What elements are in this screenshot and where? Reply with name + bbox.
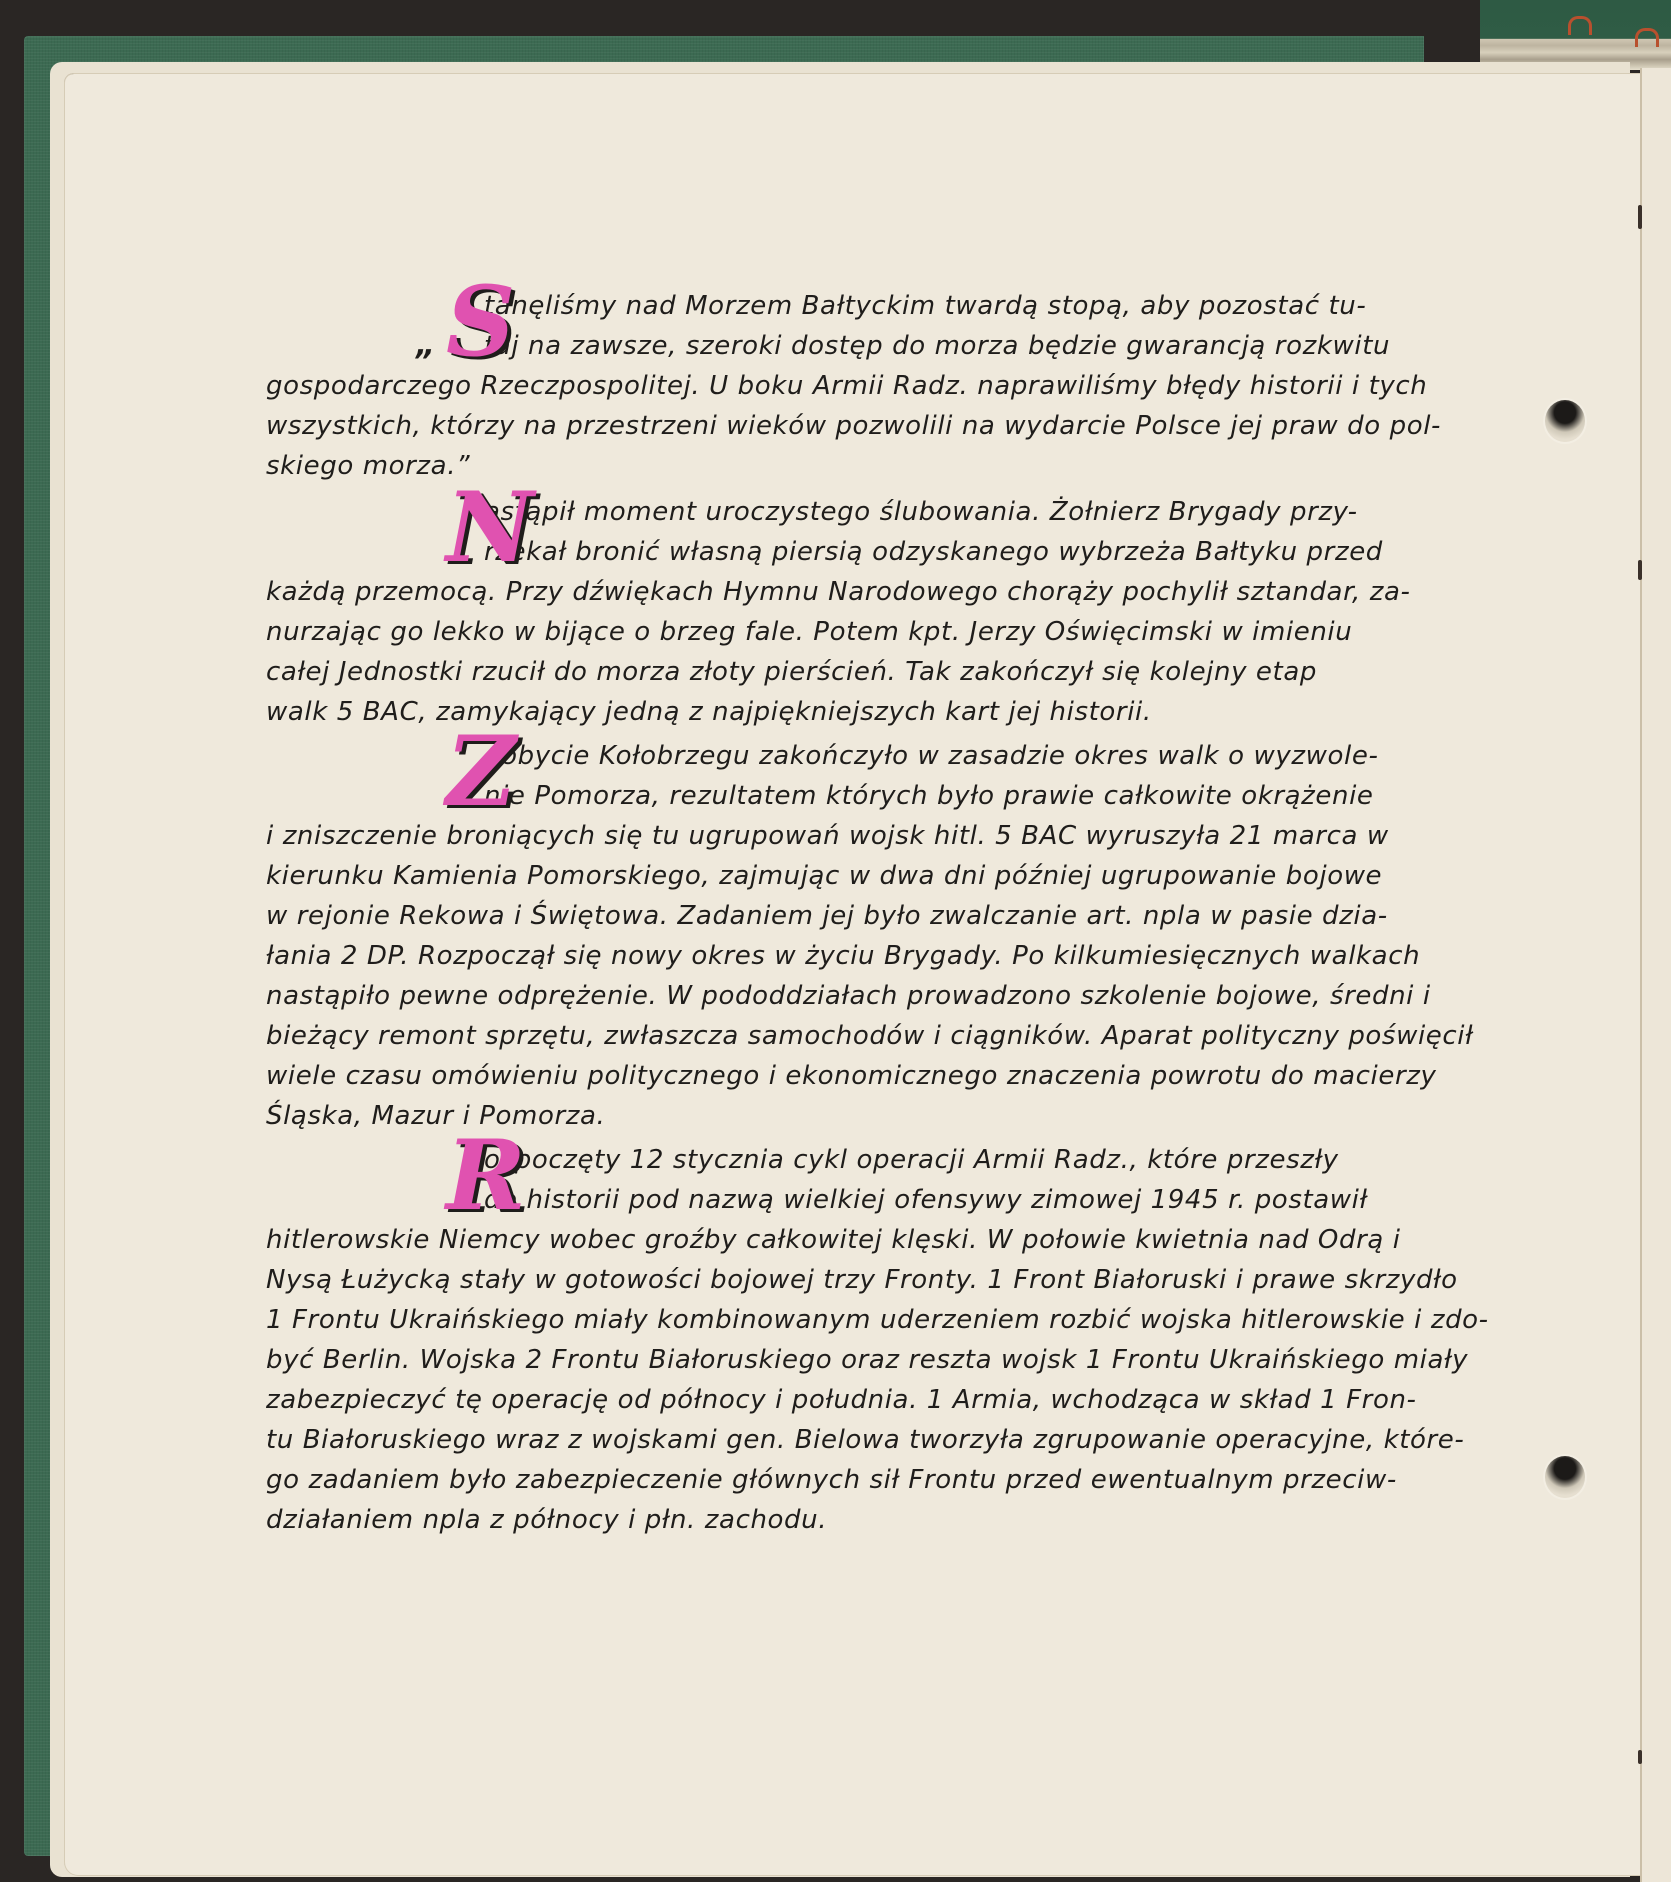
- drop-cap-initial: S: [446, 274, 516, 370]
- text-line: tu Białoruskiego wraz z wojskami gen. Bi…: [266, 1420, 1446, 1460]
- text-line: być Berlin. Wojska 2 Frontu Białoruskieg…: [266, 1340, 1446, 1380]
- text-line: działaniem npla z północy i płn. zachodu…: [266, 1500, 1446, 1540]
- text-line: zabezpieczyć tę operację od północy i po…: [266, 1380, 1446, 1420]
- binding-ring: [1635, 28, 1659, 47]
- text-line: ozpoczęty 12 stycznia cykl operacji Armi…: [266, 1140, 1446, 1180]
- text-line: i zniszczenie broniących się tu ugrupowa…: [266, 816, 1446, 856]
- text-line: do historii pod nazwą wielkiej ofensywy …: [266, 1180, 1446, 1220]
- text-line: łania 2 DP. Rozpoczął się nowy okres w ż…: [266, 936, 1446, 976]
- drop-cap-initial: Z: [446, 724, 517, 820]
- gutter-mark: [1638, 1750, 1642, 1764]
- text-line: dobycie Kołobrzegu zakończyło w zasadzie…: [266, 736, 1446, 776]
- text-line: 1 Frontu Ukraińskiego miały kombinowanym…: [266, 1300, 1446, 1340]
- page-gutter: [1640, 68, 1671, 1882]
- text-line: nie Pomorza, rezultatem których było pra…: [266, 776, 1446, 816]
- text-line: Śląska, Mazur i Pomorza.: [266, 1096, 1446, 1136]
- punch-hole: [1545, 400, 1585, 442]
- gutter-mark: [1638, 560, 1642, 580]
- text-line: kierunku Kamienia Pomorskiego, zajmując …: [266, 856, 1446, 896]
- paragraph-4: R ozpoczęty 12 stycznia cykl operacji Ar…: [266, 1140, 1446, 1540]
- paragraph-2: N astąpił moment uroczystego ślubowania.…: [266, 492, 1446, 732]
- text-line: astąpił moment uroczystego ślubowania. Ż…: [266, 492, 1446, 532]
- punch-hole: [1545, 1456, 1585, 1498]
- text-line: Nysą Łużycką stały w gotowości bojowej t…: [266, 1260, 1446, 1300]
- text-line: go zadaniem było zabezpieczenie głównych…: [266, 1460, 1446, 1500]
- text-line: hitlerowskie Niemcy wobec groźby całkowi…: [266, 1220, 1446, 1260]
- text-line: gospodarczego Rzeczpospolitej. U boku Ar…: [266, 366, 1446, 406]
- text-line: skiego morza.”: [266, 446, 1446, 486]
- text-line: wszystkich, którzy na przestrzeni wieków…: [266, 406, 1446, 446]
- text-line: nastąpiło pewne odprężenie. W pododdział…: [266, 976, 1446, 1016]
- text-line: nurzając go lekko w bijące o brzeg fale.…: [266, 612, 1446, 652]
- opening-quote: „: [416, 326, 436, 366]
- paragraph-3: Z dobycie Kołobrzegu zakończyło w zasadz…: [266, 736, 1446, 1136]
- text-line: całej Jednostki rzucił do morza złoty pi…: [266, 652, 1446, 692]
- handwritten-text: „ S tanęliśmy nad Morzem Bałtyckim tward…: [266, 286, 1446, 1540]
- drop-cap-initial: N: [446, 480, 534, 576]
- text-line: w rejonie Rekowa i Świętowa. Zadaniem je…: [266, 896, 1446, 936]
- text-line: rzekał bronić własną piersią odzyskanego…: [266, 532, 1446, 572]
- text-line: wiele czasu omówieniu politycznego i eko…: [266, 1056, 1446, 1096]
- adjacent-pages-stack: [1480, 0, 1671, 70]
- text-line: bieżący remont sprzętu, zwłaszcza samoch…: [266, 1016, 1446, 1056]
- text-line: taj na zawsze, szeroki dostęp do morza b…: [266, 326, 1446, 366]
- drop-cap-initial: R: [446, 1128, 526, 1224]
- paragraph-1: „ S tanęliśmy nad Morzem Bałtyckim tward…: [266, 286, 1446, 486]
- text-line: każdą przemocą. Przy dźwiękach Hymnu Nar…: [266, 572, 1446, 612]
- binding-ring: [1568, 16, 1592, 35]
- text-line: walk 5 BAC, zamykający jedną z najpiękni…: [266, 692, 1446, 732]
- text-line: tanęliśmy nad Morzem Bałtyckim twardą st…: [266, 286, 1446, 326]
- gutter-mark: [1638, 205, 1642, 229]
